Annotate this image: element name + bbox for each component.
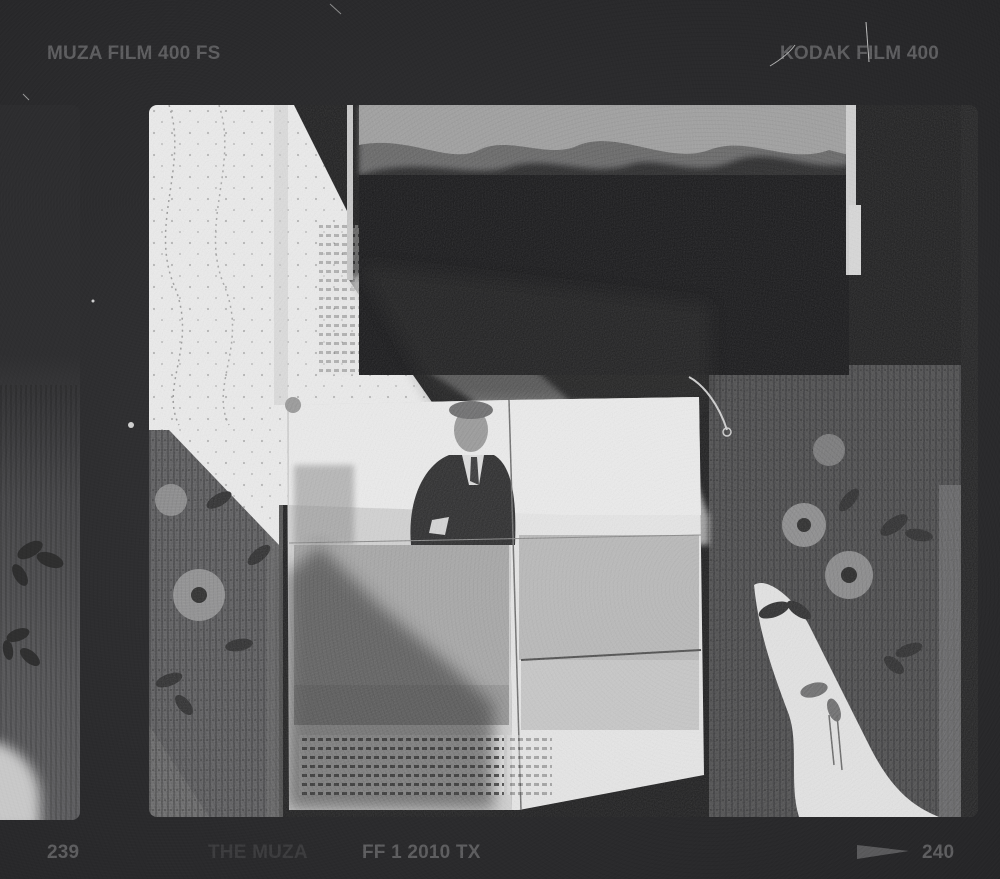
wallpaper-leaves-icon: [0, 105, 80, 820]
photo-frame: [149, 105, 978, 817]
edge-marking-top-right: KODAK FILM 400: [780, 43, 939, 65]
edge-marking-bottom-faded: THE MUZA: [208, 842, 308, 864]
edge-marking-bottom-code: FF 1 2010 TX: [362, 842, 481, 864]
triangle-pointer-icon: [857, 845, 909, 859]
frame-number-right: 240: [922, 842, 954, 864]
frame-number-left: 239: [47, 842, 79, 864]
edge-marking-top-left: MUZA FILM 400 FS: [47, 43, 221, 65]
film-strip: MUZA FILM 400 FS KODAK FILM 400: [0, 0, 1000, 879]
photo-scene: [149, 105, 978, 817]
previous-frame: [0, 105, 80, 820]
